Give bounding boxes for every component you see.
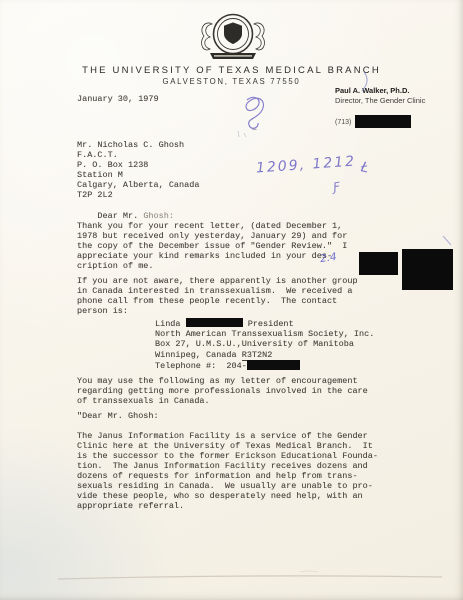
contact-name-redaction-bar [186, 318, 243, 327]
redaction-block-1 [359, 252, 398, 275]
salutation-name-faint: Ghosh: [143, 211, 174, 221]
paragraph-1: Thank you for your recent letter, (dated… [77, 221, 347, 271]
ink-doodle-icon [246, 97, 263, 128]
contact-name-prefix: Linda [155, 319, 186, 329]
recipient-address: Mr. Nicholas C. Ghosh F.A.C.T. P. O. Box… [77, 140, 199, 200]
contact-phone-prefix: Telephone #: 204- [155, 361, 247, 371]
contact-phone-line: Telephone #: 204- [155, 360, 374, 371]
officer-title: Director, The Gender Clinic [335, 96, 425, 105]
contact-address-1: Box 27, U.M.S.U.,University of Manitoba [155, 339, 374, 350]
handwritten-mark-l: Ł [359, 159, 371, 176]
contact-block: Linda President North American Transsexu… [155, 318, 374, 371]
paragraph-3: You may use the following as my letter o… [77, 376, 368, 406]
org-location: GALVESTON, TEXAS 77550 [0, 77, 463, 86]
contact-org: North American Transsexualism Society, I… [155, 329, 374, 340]
contact-name-title: President [243, 319, 294, 329]
bottom-page-edge [58, 576, 442, 579]
org-name: THE UNIVERSITY OF TEXAS MEDICAL BRANCH [0, 65, 463, 76]
date-line: January 30, 1979 [77, 94, 159, 104]
contact-city: Winnipeg, Canada [155, 350, 242, 360]
officer-name: Paul A. Walker, Ph.D. [335, 86, 409, 95]
page-edge-crease [300, 571, 318, 572]
phone-redaction-bar [355, 115, 411, 128]
handwritten-note-24: 2.4 [319, 251, 337, 265]
paragraph-4: The Janus Information Facility is a serv… [77, 431, 378, 511]
officer-phone: (713) [335, 115, 411, 128]
paragraph-2: If you are not aware, there apparently i… [77, 276, 358, 316]
phone-area-code: (713) [335, 119, 351, 126]
redaction-block-2 [402, 249, 453, 290]
contact-phone-redaction-bar [247, 360, 300, 370]
university-seal-icon [190, 12, 276, 62]
salutation-prefix: Dear Mr. [97, 211, 143, 221]
contact-postal-code: R3T2N2 [242, 350, 273, 361]
pen-tick-mark [443, 236, 451, 245]
handwritten-room-numbers: 1209, 1212 [256, 154, 357, 177]
letter-page: THE UNIVERSITY OF TEXAS MEDICAL BRANCH G… [0, 0, 463, 600]
contact-name-line: Linda President [155, 318, 374, 329]
contact-address-2: Winnipeg, Canada R3T2N2 [155, 350, 374, 361]
quoted-salutation: "Dear Mr. Ghosh: [77, 411, 159, 421]
handwritten-mark-f: Ƒ [332, 180, 341, 195]
pencil-marks [238, 129, 257, 137]
